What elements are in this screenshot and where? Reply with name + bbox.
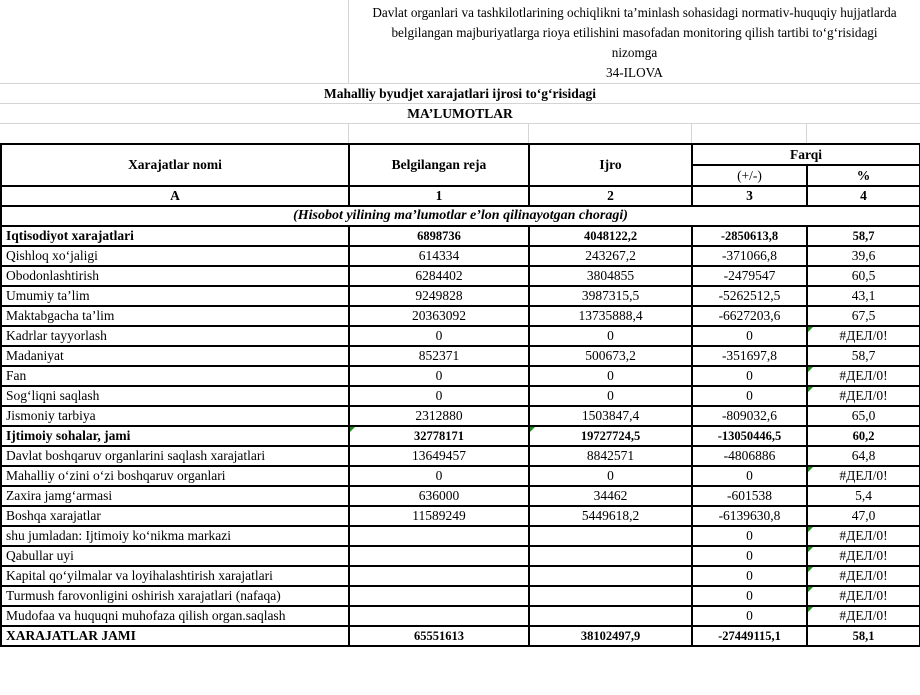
row-name-cell[interactable]: Iqtisodiyot xarajatlari bbox=[1, 226, 349, 246]
row-name-cell[interactable]: Mudofaa va huquqni muhofaza qilish organ… bbox=[1, 606, 349, 626]
row-pct-cell[interactable]: 60,2 bbox=[807, 426, 920, 446]
row-diff-cell[interactable]: 0 bbox=[692, 466, 807, 486]
row-pct-cell[interactable]: 67,5 bbox=[807, 306, 920, 326]
row-plan-cell[interactable]: 32778171 bbox=[349, 426, 529, 446]
table-row: Sogʻliqni saqlash000#ДЕЛ/0! bbox=[1, 386, 920, 406]
row-pct-cell[interactable]: 5,4 bbox=[807, 486, 920, 506]
row-diff-cell[interactable]: 0 bbox=[692, 526, 807, 546]
row-actual-cell[interactable]: 5449618,2 bbox=[529, 506, 692, 526]
row-diff-cell[interactable]: 0 bbox=[692, 546, 807, 566]
header-actual: Ijro bbox=[529, 144, 692, 186]
table-row: Mudofaa va huquqni muhofaza qilish organ… bbox=[1, 606, 920, 626]
row-pct-cell[interactable]: 58,1 bbox=[807, 626, 920, 646]
table-row: Zaxira jamgʻarmasi63600034462-6015385,4 bbox=[1, 486, 920, 506]
row-name-cell[interactable]: Boshqa xarajatlar bbox=[1, 506, 349, 526]
row-name-cell[interactable]: Obodonlashtirish bbox=[1, 266, 349, 286]
code-a: A bbox=[1, 186, 349, 206]
row-diff-cell[interactable]: -809032,6 bbox=[692, 406, 807, 426]
row-actual-cell[interactable]: 19727724,5 bbox=[529, 426, 692, 446]
row-name-cell[interactable]: Kapital qoʻyilmalar va loyihalashtirish … bbox=[1, 566, 349, 586]
row-actual-cell[interactable]: 0 bbox=[529, 466, 692, 486]
header-difference: Farqi bbox=[692, 144, 920, 165]
row-actual-cell[interactable]: 8842571 bbox=[529, 446, 692, 466]
table-row: Iqtisodiyot xarajatlari68987364048122,2-… bbox=[1, 226, 920, 246]
row-diff-cell[interactable]: -601538 bbox=[692, 486, 807, 506]
row-actual-cell[interactable]: 1503847,4 bbox=[529, 406, 692, 426]
row-name-cell[interactable]: Qabullar uyi bbox=[1, 546, 349, 566]
row-plan-cell[interactable]: 0 bbox=[349, 386, 529, 406]
expenditure-table: Xarajatlar nomi Belgilangan reja Ijro Fa… bbox=[0, 143, 920, 647]
row-name-cell[interactable]: Qishloq xoʻjaligi bbox=[1, 246, 349, 266]
section-label: (Hisobot yilining ma’lumotlar e’lon qili… bbox=[1, 206, 920, 226]
row-actual-cell[interactable] bbox=[529, 546, 692, 566]
row-name-cell[interactable]: Maktabgacha taʼlim bbox=[1, 306, 349, 326]
table-row: Fan000#ДЕЛ/0! bbox=[1, 366, 920, 386]
row-diff-cell[interactable]: -371066,8 bbox=[692, 246, 807, 266]
row-plan-cell[interactable]: 9249828 bbox=[349, 286, 529, 306]
row-actual-cell[interactable] bbox=[529, 606, 692, 626]
row-diff-cell[interactable]: 0 bbox=[692, 586, 807, 606]
row-pct-cell[interactable]: #ДЕЛ/0! bbox=[807, 466, 920, 486]
code-1: 1 bbox=[349, 186, 529, 206]
row-plan-cell[interactable]: 614334 bbox=[349, 246, 529, 266]
row-pct-cell[interactable]: #ДЕЛ/0! bbox=[807, 526, 920, 546]
row-diff-cell[interactable]: 0 bbox=[692, 606, 807, 626]
row-actual-cell[interactable]: 3987315,5 bbox=[529, 286, 692, 306]
row-pct-cell[interactable]: #ДЕЛ/0! bbox=[807, 546, 920, 566]
table-row: Qabullar uyi0#ДЕЛ/0! bbox=[1, 546, 920, 566]
row-diff-cell[interactable]: -6627203,6 bbox=[692, 306, 807, 326]
report-title: Mahalliy byudjet xarajatlari ijrosi to‘g… bbox=[0, 84, 920, 104]
row-diff-cell[interactable]: -13050446,5 bbox=[692, 426, 807, 446]
row-name-cell[interactable]: Kadrlar tayyorlash bbox=[1, 326, 349, 346]
row-pct-cell[interactable]: #ДЕЛ/0! bbox=[807, 586, 920, 606]
header-plan: Belgilangan reja bbox=[349, 144, 529, 186]
table-row: Boshqa xarajatlar115892495449618,2-61396… bbox=[1, 506, 920, 526]
row-name-cell[interactable]: shu jumladan: Ijtimoiy koʻnikma markazi bbox=[1, 526, 349, 546]
table-row: Kapital qoʻyilmalar va loyihalashtirish … bbox=[1, 566, 920, 586]
row-pct-cell[interactable]: 60,5 bbox=[807, 266, 920, 286]
row-pct-cell[interactable]: 47,0 bbox=[807, 506, 920, 526]
row-plan-cell[interactable]: 0 bbox=[349, 366, 529, 386]
table-row: Madaniyat852371500673,2-351697,858,7 bbox=[1, 346, 920, 366]
row-diff-cell[interactable]: 0 bbox=[692, 326, 807, 346]
row-actual-cell[interactable]: 0 bbox=[529, 366, 692, 386]
row-name-cell[interactable]: Zaxira jamgʻarmasi bbox=[1, 486, 349, 506]
row-actual-cell[interactable]: 13735888,4 bbox=[529, 306, 692, 326]
gridline bbox=[528, 123, 529, 143]
row-diff-cell[interactable]: 0 bbox=[692, 386, 807, 406]
row-plan-cell[interactable]: 636000 bbox=[349, 486, 529, 506]
annex-note-line: Davlat organlari va tashkilotlarining oc… bbox=[349, 3, 920, 23]
row-plan-cell[interactable] bbox=[349, 546, 529, 566]
table-row: Davlat boshqaruv organlarini saqlash xar… bbox=[1, 446, 920, 466]
row-name-cell[interactable]: Sogʻliqni saqlash bbox=[1, 386, 349, 406]
row-actual-cell[interactable]: 0 bbox=[529, 326, 692, 346]
row-pct-cell[interactable]: #ДЕЛ/0! bbox=[807, 606, 920, 626]
row-pct-cell[interactable]: 64,8 bbox=[807, 446, 920, 466]
row-diff-cell[interactable]: 0 bbox=[692, 566, 807, 586]
row-plan-cell[interactable] bbox=[349, 606, 529, 626]
row-diff-cell[interactable]: -6139630,8 bbox=[692, 506, 807, 526]
code-2: 2 bbox=[529, 186, 692, 206]
row-actual-cell[interactable]: 4048122,2 bbox=[529, 226, 692, 246]
row-diff-cell[interactable]: -5262512,5 bbox=[692, 286, 807, 306]
row-diff-cell[interactable]: -2850613,8 bbox=[692, 226, 807, 246]
header-row: Xarajatlar nomi Belgilangan reja Ijro Fa… bbox=[1, 144, 920, 165]
row-diff-cell[interactable]: 0 bbox=[692, 366, 807, 386]
spreadsheet: Davlat organlari va tashkilotlarining oc… bbox=[0, 0, 920, 695]
table-row: Turmush farovonligini oshirish xarajatla… bbox=[1, 586, 920, 606]
header-name: Xarajatlar nomi bbox=[1, 144, 349, 186]
code-4: 4 bbox=[807, 186, 920, 206]
row-name-cell[interactable]: Turmush farovonligini oshirish xarajatla… bbox=[1, 586, 349, 606]
row-plan-cell[interactable]: 20363092 bbox=[349, 306, 529, 326]
row-pct-cell[interactable]: 58,7 bbox=[807, 226, 920, 246]
gridline bbox=[806, 123, 807, 143]
row-actual-cell[interactable] bbox=[529, 526, 692, 546]
row-pct-cell[interactable]: 65,0 bbox=[807, 406, 920, 426]
annex-note: Davlat organlari va tashkilotlarining oc… bbox=[349, 0, 920, 83]
row-name-cell[interactable]: Madaniyat bbox=[1, 346, 349, 366]
row-diff-cell[interactable]: -4806886 bbox=[692, 446, 807, 466]
row-name-cell[interactable]: Mahalliy oʻzini oʻzi boshqaruv organlari bbox=[1, 466, 349, 486]
header-diff-pct: % bbox=[807, 165, 920, 186]
table-row: Maktabgacha taʼlim2036309213735888,4-662… bbox=[1, 306, 920, 326]
row-plan-cell[interactable]: 11589249 bbox=[349, 506, 529, 526]
row-diff-cell[interactable]: -351697,8 bbox=[692, 346, 807, 366]
row-diff-cell[interactable]: -27449115,1 bbox=[692, 626, 807, 646]
row-plan-cell[interactable]: 6898736 bbox=[349, 226, 529, 246]
row-pct-cell[interactable]: 39,6 bbox=[807, 246, 920, 266]
row-actual-cell[interactable] bbox=[529, 566, 692, 586]
row-actual-cell[interactable]: 34462 bbox=[529, 486, 692, 506]
row-pct-cell[interactable]: #ДЕЛ/0! bbox=[807, 386, 920, 406]
table-row: Ijtimoiy sohalar, jami3277817119727724,5… bbox=[1, 426, 920, 446]
row-actual-cell[interactable] bbox=[529, 586, 692, 606]
column-code-row: A 1 2 3 4 bbox=[1, 186, 920, 206]
gridline bbox=[348, 123, 349, 143]
row-plan-cell[interactable]: 2312880 bbox=[349, 406, 529, 426]
row-name-cell[interactable]: Fan bbox=[1, 366, 349, 386]
row-actual-cell[interactable]: 500673,2 bbox=[529, 346, 692, 366]
row-plan-cell[interactable]: 6284402 bbox=[349, 266, 529, 286]
code-3: 3 bbox=[692, 186, 807, 206]
row-pct-cell[interactable]: #ДЕЛ/0! bbox=[807, 366, 920, 386]
row-name-cell[interactable]: Jismoniy tarbiya bbox=[1, 406, 349, 426]
row-actual-cell[interactable]: 243267,2 bbox=[529, 246, 692, 266]
annex-number: 34-ILOVA bbox=[349, 63, 920, 83]
table-row: shu jumladan: Ijtimoiy koʻnikma markazi0… bbox=[1, 526, 920, 546]
gridline bbox=[691, 123, 692, 143]
row-pct-cell[interactable]: #ДЕЛ/0! bbox=[807, 326, 920, 346]
row-actual-cell[interactable]: 3804855 bbox=[529, 266, 692, 286]
annex-note-line: nizomga bbox=[349, 43, 920, 63]
table-row: Qishloq xoʻjaligi614334243267,2-371066,8… bbox=[1, 246, 920, 266]
row-pct-cell[interactable]: 58,7 bbox=[807, 346, 920, 366]
table-row: Jismoniy tarbiya23128801503847,4-809032,… bbox=[1, 406, 920, 426]
table-row: Mahalliy oʻzini oʻzi boshqaruv organlari… bbox=[1, 466, 920, 486]
row-actual-cell[interactable]: 38102497,9 bbox=[529, 626, 692, 646]
section-row: (Hisobot yilining ma’lumotlar e’lon qili… bbox=[1, 206, 920, 226]
header-diff-abs: (+/-) bbox=[692, 165, 807, 186]
row-name-cell[interactable]: XARAJATLAR JAMI bbox=[1, 626, 349, 646]
table-row: Obodonlashtirish62844023804855-247954760… bbox=[1, 266, 920, 286]
row-name-cell[interactable]: Ijtimoiy sohalar, jami bbox=[1, 426, 349, 446]
row-plan-cell[interactable]: 0 bbox=[349, 326, 529, 346]
row-plan-cell[interactable]: 852371 bbox=[349, 346, 529, 366]
row-name-cell[interactable]: Umumiy taʼlim bbox=[1, 286, 349, 306]
report-subtitle: MA’LUMOTLAR bbox=[0, 104, 920, 124]
row-actual-cell[interactable]: 0 bbox=[529, 386, 692, 406]
row-name-cell[interactable]: Davlat boshqaruv organlarini saqlash xar… bbox=[1, 446, 349, 466]
table-row: Kadrlar tayyorlash000#ДЕЛ/0! bbox=[1, 326, 920, 346]
table-row: Umumiy taʼlim92498283987315,5-5262512,54… bbox=[1, 286, 920, 306]
row-pct-cell[interactable]: #ДЕЛ/0! bbox=[807, 566, 920, 586]
row-plan-cell[interactable]: 0 bbox=[349, 466, 529, 486]
table-row: XARAJATLAR JAMI6555161338102497,9-274491… bbox=[1, 626, 920, 646]
row-plan-cell[interactable] bbox=[349, 586, 529, 606]
row-plan-cell[interactable] bbox=[349, 526, 529, 546]
row-plan-cell[interactable]: 65551613 bbox=[349, 626, 529, 646]
row-diff-cell[interactable]: -2479547 bbox=[692, 266, 807, 286]
row-plan-cell[interactable]: 13649457 bbox=[349, 446, 529, 466]
row-pct-cell[interactable]: 43,1 bbox=[807, 286, 920, 306]
annex-note-line: belgilangan majburiyatlarga rioya etilis… bbox=[349, 23, 920, 43]
row-plan-cell[interactable] bbox=[349, 566, 529, 586]
